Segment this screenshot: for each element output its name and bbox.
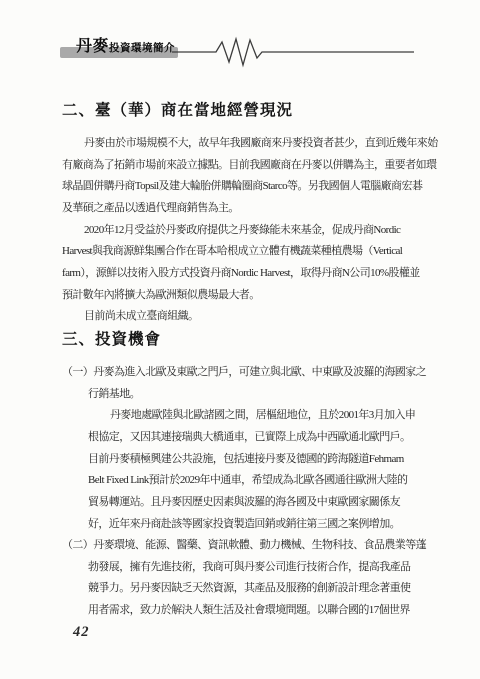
paragraph: 2020年12月受益於丹麥政府提供之丹麥綠能未來基金，促成丹商NordicHar… [62,220,424,307]
text-line: 丹麥由於市場規模不大，故早年我國廠商來丹麥投資者甚少，直到近幾年來始 [62,133,424,155]
paragraph: （二）丹麥環境、能源、醫藥、資訊軟體、動力機械、生物科技、食品農業等蓬勃發展，擁… [62,535,424,622]
section-heading: 二、臺（華）商在當地經營現況 [62,99,424,123]
text-line: 貿易轉運站。且丹麥因歷史因素與波羅的海各國及中東歐國家關係友 [62,492,424,514]
text-line: 勃發展，擁有先進技術，我商可與丹麥公司進行技術合作，提高我產品 [62,557,424,579]
page-number: 42 [73,624,90,641]
paragraph: 目前尚未成立臺商組織。 [62,306,424,328]
paragraph: 丹麥由於市場規模不大，故早年我國廠商來丹麥投資者甚少，直到近幾年來始有廠商為了拓… [62,133,424,220]
text-line: 目前尚未成立臺商組織。 [62,306,424,328]
paragraph: （一）丹麥為進入北歐及東歐之門戶，可建立與北歐、中東歐及波羅的海國家之行銷基地。… [62,362,424,535]
text-line: （二）丹麥環境、能源、醫藥、資訊軟體、動力機械、生物科技、食品農業等蓬 [62,535,424,557]
heartbeat-line-icon [172,36,418,68]
text-line: 預計數年內將擴大為歐洲類似農場最大者。 [62,285,424,307]
text-line: 及華碩之產品以透過代理商銷售為主。 [62,198,424,220]
document-body: 二、臺（華）商在當地經營現況丹麥由於市場規模不大，故早年我國廠商來丹麥投資者甚少… [62,99,424,622]
text-line: 目前丹麥積極興建公共設施，包括連接丹麥及德國的跨海隧道Fehmarn [62,449,424,471]
text-line: farm），源鮮以技術入股方式投資丹商Nordic Harvest，取得丹商N公… [62,263,424,285]
booklet-title: 丹麥投資環境簡介 [76,38,175,57]
page-header: 丹麥投資環境簡介 [0,0,480,70]
text-line: 丹麥地處歐陸與北歐諸國之間，居樞紐地位，且於2001年3月加入申 [62,405,424,427]
section-heading: 三、投資機會 [62,328,424,352]
text-line: 競爭力。另丹麥因缺乏天然資源，其產品及服務的創新設計理念著重使 [62,578,424,600]
text-line: 行銷基地。 [62,384,424,406]
text-line: 根協定，又因其連接瑞典大橋通車，已實際上成為中西歐通北歐門戶。 [62,427,424,449]
text-line: 好，近年來丹商赴該等國家投資製造回銷或銷往第三國之案例增加。 [62,514,424,536]
text-line: 球晶圓併購丹商Topsil及建大輪胎併購輪圈商Starco等。另我國個人電腦廠商… [62,176,424,198]
document-page: 丹麥投資環境簡介 二、臺（華）商在當地經營現況丹麥由於市場規模不大，故早年我國廠… [0,0,480,679]
text-line: Harvest與我商源鮮集團合作在哥本哈根成立立體有機蔬菜種植農場（Vertic… [62,241,424,263]
booklet-title-main: 丹麥 [76,38,109,55]
text-line: Belt Fixed Link預計於2029年中通車，希望成為北歐各國通往歐洲大… [62,470,424,492]
text-line: 有廠商為了拓銷市場前來設立據點。目前我國廠商在丹麥以併購為主，重要者如環 [62,155,424,177]
text-line: 用者需求，致力於解決人類生活及社會環境問題。以聯合國的17個世界 [62,600,424,622]
text-line: （一）丹麥為進入北歐及東歐之門戶，可建立與北歐、中東歐及波羅的海國家之 [62,362,424,384]
booklet-title-sub: 投資環境簡介 [109,42,175,54]
text-line: 2020年12月受益於丹麥政府提供之丹麥綠能未來基金，促成丹商Nordic [62,220,424,242]
